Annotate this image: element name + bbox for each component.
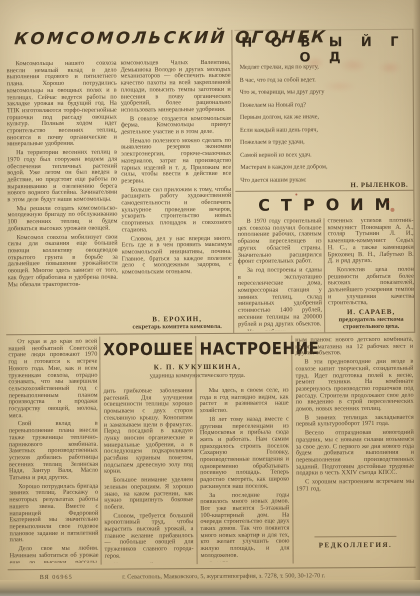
paragraph: Хорошо потрудилась бригада зимних теплиц… — [9, 483, 98, 544]
paragraph: Что ж, товарищи, мы друг другу — [240, 89, 410, 96]
paragraph: Коллектив цеха полон решимости добиться … — [328, 267, 414, 307]
paragraph: Если каждый наш день горяч, — [240, 126, 410, 133]
paragraph: От края и до края по всей нашей необъятн… — [8, 339, 97, 420]
byline-role: ударница коммунистического труда. — [103, 372, 291, 380]
signature-text: РЕДКОЛЛЕГИЯ. — [296, 541, 414, 550]
paragraph: Больше сил приложим к тому, чтобы расшир… — [121, 187, 231, 235]
paragraph: Мы здесь, в своем селе, из года в год на… — [200, 388, 289, 415]
paragraph: комсомольцев Чалых Валентина, Демьянюка … — [121, 60, 231, 114]
text-column-1: В 1970 году строительный цех совхоза пол… — [238, 218, 323, 331]
rule-under-poem — [235, 190, 413, 192]
article-khoroshee-nastroenie: От края и до края по всей нашей необъятн… — [0, 0, 418, 1]
newspaper-page: КОМСОМОЛЬСКИЙ ОГОНЕК Комсомольцы нашего … — [0, 0, 420, 596]
paragraph: На территории весенних теплиц в 1970 год… — [7, 150, 117, 204]
column-rule-b1 — [99, 337, 101, 565]
paragraph: На работах в цехе добились хороших произ… — [238, 330, 322, 331]
paragraph: ным планом: нового детского комбината, н… — [295, 337, 413, 358]
paragraph: Дело свое мы любим. Начинаем заботиться … — [10, 546, 99, 563]
paragraph: За год построены и сданы в эксплуатацию … — [238, 267, 322, 328]
paragraph: Мастерам в каждом деле добром, — [240, 164, 410, 171]
text-column-3: Мы здесь, в своем селе, из года в год на… — [200, 388, 290, 563]
article-title-stroim: СТРОИМ — [235, 195, 413, 215]
article-header: ХОРОШЕЕ НАСТРОЕНИЕ К. П. КУКУШКИНА, удар… — [103, 340, 291, 380]
article-stroim: СТРОИМ В 1970 году строительный цех совх… — [0, 0, 418, 1]
text-column-1: От края и до края по всей нашей необъятн… — [8, 339, 98, 564]
paragraph: Пожелаем на Новый год? — [240, 101, 410, 108]
paragraph: С хорошим настроением встречаем мы 1971 … — [296, 479, 414, 493]
signature-role: секретарь комитета комсомола. — [122, 323, 232, 331]
paragraph: ственных успехов плотник-коммунист Поном… — [328, 218, 414, 265]
column-rule-stroim — [324, 218, 326, 332]
poem-lines: Медлят стрелки, идя по кругу,В час, что … — [240, 58, 411, 186]
article-title-komsomolsky-ogonek: КОМСОМОЛЬСКИЙ ОГОНЕК — [14, 28, 230, 48]
column-paragraphs: комсомольцев Чалых Валентина, Демьянюка … — [121, 60, 233, 314]
text-column-4: ным планом: нового детского комбината, н… — [295, 337, 414, 560]
paragraph: Большое внимание уделяем зеленым операци… — [104, 477, 193, 511]
paragraph: Свой вклад в перевыполнение плана внесли… — [9, 421, 98, 482]
paragraph: Немало полезного можно сделать по выявле… — [121, 138, 231, 186]
paragraph: В 1970 году в совхозе начато строительст… — [201, 561, 290, 562]
poem-novy-god: Н О В Ы Й Г О Д Медлят стрелки, идя по к… — [0, 0, 418, 1]
signature-erokhin: В. ЕРОХИН, секретарь комитета комсомола. — [122, 313, 232, 331]
paragraph: Комсомол совхоза мобилизует свои силы дл… — [8, 234, 118, 288]
text-column-1: Комсомольцы нашего совхоза внесли немалы… — [7, 61, 119, 332]
paper-specks — [295, 193, 297, 195]
paragraph: Словом, требуется большой кропотливый тр… — [104, 513, 193, 560]
paragraph: В час, что год за собой ведет. — [240, 76, 410, 83]
paragraph: Весело отпраздновав новогодний праздник,… — [296, 430, 414, 478]
paragraph: дить грибковые заболевания растений. Для… — [104, 388, 194, 476]
signature-redkollegia: РЕДКОЛЛЕГИЯ. — [296, 534, 414, 560]
poem-author: Н. РЫЛЕНКОВ. — [240, 182, 408, 190]
paragraph: Комсомольцы нашего совхоза внесли немалы… — [7, 61, 118, 149]
signature-saraev: И. САРАЕВ, председатель месткома строите… — [328, 306, 414, 331]
article-komsomolsky-ogonek: КОМСОМОЛЬСКИЙ ОГОНЕК Комсомольцы нашего … — [0, 0, 418, 1]
text-column-2: ственных успехов плотник-коммунист Поном… — [328, 218, 415, 331]
paragraph: В зимних теплицах закладывается первый к… — [296, 414, 414, 428]
paragraph: Словом, дел у нас впереди много. Есть гд… — [122, 235, 232, 276]
paragraph: За последние годы появилось много новых … — [200, 492, 289, 560]
page-edge-shadow-bottom — [0, 580, 420, 596]
paragraph: Самой верной из всех удач. — [240, 151, 410, 158]
paragraph: Медлят стрелки, идя по кругу, — [240, 64, 410, 71]
footer-rule — [8, 567, 416, 570]
section-divider — [6, 332, 415, 335]
article-title-nastroenie: ХОРОШЕЕ НАСТРОЕНИЕ — [103, 338, 291, 359]
paragraph: В совхозе создается комсомольская ферма.… — [121, 115, 231, 136]
page-edge-shadow-right — [413, 0, 420, 596]
signature-rule — [314, 536, 397, 538]
signature-role: председатель месткома строительного цеха… — [328, 316, 414, 331]
text-column-2: дить грибковые заболевания растений. Для… — [104, 388, 194, 563]
paragraph: Мы решили создать комсомольско-молодежну… — [7, 205, 117, 232]
text-column-2: комсомольцев Чалых Валентина, Демьянюка … — [121, 60, 233, 331]
paragraph: 18 лет тому назад вместе с другими перес… — [200, 416, 289, 490]
paragraph: Первым долгом, как же иначе, — [240, 114, 410, 121]
paragraph: В эти предновогодние дни везде в совхозе… — [295, 359, 413, 413]
paragraph: На ударный труд нас воодушевляет постоян… — [105, 562, 194, 563]
column-paragraphs: ным планом: нового детского комбината, н… — [295, 337, 414, 535]
byline-name: К. П. КУКУШКИНА, — [103, 363, 291, 372]
column-paragraphs: ственных успехов плотник-коммунист Поном… — [328, 218, 415, 307]
column-rule-b3 — [291, 335, 293, 563]
paragraph: Пожелаем в труде удачи, — [240, 139, 410, 146]
paragraph: В 1970 году строительный цех совхоза пол… — [238, 218, 322, 265]
